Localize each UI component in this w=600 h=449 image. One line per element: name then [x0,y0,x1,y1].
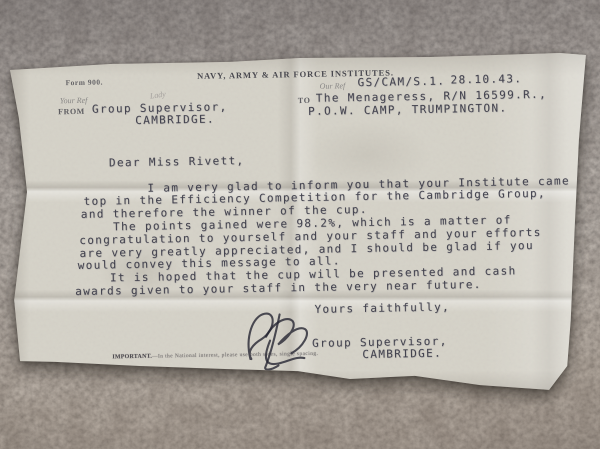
our-ref-label: Our Ref [320,81,346,90]
closing: Yours faithfully, [314,300,450,315]
letter-date: 28.10.43. [450,72,522,86]
letter-body: Dear Miss Rivett, I am very glad to info… [78,149,572,298]
letter-paper: Form 900. NAVY, ARMY & AIR FORCE INSTITU… [6,52,590,394]
from-line-2: CAMBRIDGE. [135,113,215,127]
from-label: FROM [58,107,85,116]
signature-place: CAMBRIDGE. [362,347,442,361]
your-ref-label: Your Ref [60,96,88,105]
footer-important-label: IMPORTANT. [112,354,152,361]
to-label: TO [298,96,311,105]
our-ref-value: GS/CAM/S.1. [357,75,445,90]
pencil-annotation: Lady [149,89,166,100]
letter-photo: Form 900. NAVY, ARMY & AIR FORCE INSTITU… [0,0,600,449]
to-line-2: P.O.W. CAMP, TRUMPINGTON. [308,101,508,117]
